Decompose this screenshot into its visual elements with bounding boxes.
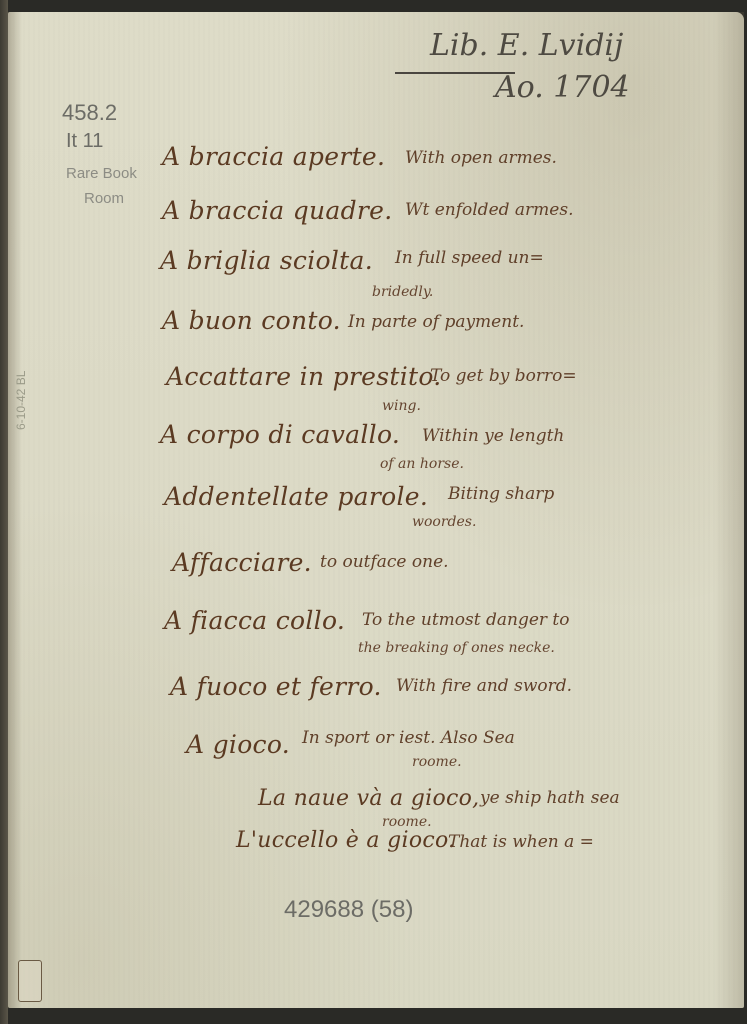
entry-italian: L'uccello è a gioco. [236,828,455,853]
entry-continuation: roome. [412,754,462,770]
entry-italian: A braccia aperte. [162,142,385,171]
entry-english: Biting sharp [448,484,554,504]
ownership-inscription-line2: Ao. 1704 [495,70,630,105]
entry-english: In sport or iest. Also Sea [302,728,515,748]
entry-continuation: bridedly. [372,284,433,300]
shelfmark-location-line2: Room [84,190,124,207]
accession-number: 429688 (58) [284,896,413,924]
page-shadow-left [8,12,22,1008]
entry-italian: Accattare in prestito. [166,362,442,391]
book-binding-edge [0,0,8,1024]
entry-english: That is when a = [448,832,594,852]
entry-italian: A braccia quadre. [162,196,393,225]
entry-english: To get by borro= [430,366,577,386]
entry-italian: Affacciare. [172,548,312,577]
page-shadow-right [714,12,744,1008]
entry-english: With open armes. [405,148,557,168]
margin-note-vertical: 6-10-42 BL [14,371,28,430]
shelfmark-class-number: 458.2 [62,100,117,126]
entry-italian: Addentellate parole. [164,482,428,511]
entry-english: to outface one. [320,552,449,572]
page-corner-tab [18,960,42,1002]
entry-english: With fire and sword. [396,676,572,696]
entry-italian: A fiacca collo. [164,606,345,635]
shelfmark-location-line1: Rare Book [66,165,137,182]
entry-continuation: wing. [382,398,421,414]
entry-continuation: of an horse. [380,456,464,472]
shelfmark-sub: It 11 [66,130,103,153]
entry-italian: A gioco. [186,730,290,759]
entry-english: ye ship hath sea [480,788,620,808]
entry-english: In parte of payment. [348,312,524,332]
entry-english: In full speed un= [395,248,544,268]
entry-italian: A fuoco et ferro. [170,672,382,701]
entry-english: Within ye length [422,426,564,446]
entry-english: Wt enfolded armes. [405,200,573,220]
entry-english: To the utmost danger to [362,610,570,630]
ownership-inscription-line1: Lib. E. Lvidij [430,28,623,63]
entry-italian: A buon conto. [162,306,341,335]
entry-italian: A briglia sciolta. [160,246,373,275]
entry-italian: La naue và a gioco, [258,786,479,811]
entry-italian: A corpo di cavallo. [160,420,400,449]
entry-continuation: woordes. [412,514,476,530]
entry-continuation: the breaking of ones necke. [358,640,555,656]
